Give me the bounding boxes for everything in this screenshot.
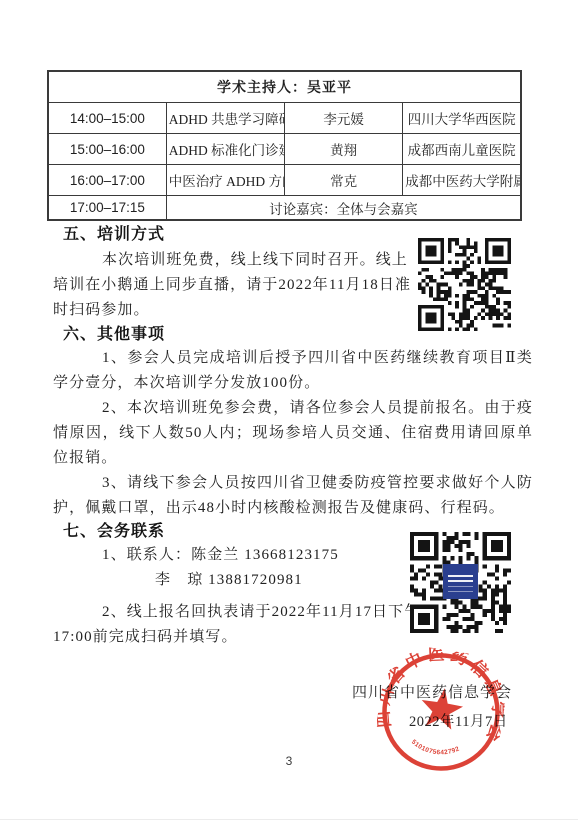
cell-time: 14:00–15:00 xyxy=(48,103,166,134)
section5-body: 本次培训班免费，线上线下同时召开。线上培训在小鹅通上同步直播，请于2022年11… xyxy=(53,248,421,323)
section5-heading: 五、培训方式 xyxy=(63,221,165,244)
section6-paragraphs: 1、参会人员完成培训后授予四川省中医药继续教育项目Ⅱ类学分壹分，本次培训学分发放… xyxy=(53,346,533,521)
cell-time: 17:00–17:15 xyxy=(48,196,166,221)
section6-heading: 六、其他事项 xyxy=(63,321,165,344)
cell-discussion: 讨论嘉宾：全体与会嘉宾 xyxy=(166,196,521,221)
table-host-header: 学术主持人：吴亚平 xyxy=(48,71,521,103)
table-row: 16:00–17:00 中医治疗 ADHD 方向 常克 成都中医药大学附属医院 xyxy=(48,165,521,196)
cell-speaker: 李元媛 xyxy=(285,103,403,134)
table-row: 14:00–15:00 ADHD 共患学习障碍的诊治 李元媛 四川大学华西医院 xyxy=(48,103,521,134)
section5-paragraph: 本次培训班免费，线上线下同时召开。线上培训在小鹅通上同步直播，请于2022年11… xyxy=(53,248,421,323)
cell-org: 四川大学华西医院 xyxy=(403,103,521,134)
section6-item: 2、本次培训班免参会费，请各位参会人员提前报名。由于疫情原因，线下人数50人内；… xyxy=(53,396,533,471)
seal-star-icon xyxy=(418,685,466,731)
registration-deadline-note: 2、线上报名回执表请于2022年11月17日下午17:00前完成扫码并填写。 xyxy=(53,600,425,650)
section7-heading: 七、会务联系 xyxy=(63,518,165,541)
section7-note: 2、线上报名回执表请于2022年11月17日下午17:00前完成扫码并填写。 xyxy=(53,600,425,650)
table-row: 15:00–16:00 ADHD 标准化门诊建设 黄翔 成都西南儿童医院 xyxy=(48,134,521,165)
registration-qr-code-icon xyxy=(410,532,511,633)
table-header-row: 学术主持人：吴亚平 xyxy=(48,71,521,103)
cell-org: 成都西南儿童医院 xyxy=(403,134,521,165)
cell-time: 15:00–16:00 xyxy=(48,134,166,165)
cell-topic: ADHD 共患学习障碍的诊治 xyxy=(166,103,284,134)
document-page: 学术主持人：吴亚平 14:00–15:00 ADHD 共患学习障碍的诊治 李元媛… xyxy=(0,0,578,820)
livestream-qr-code-icon xyxy=(418,238,511,331)
schedule-table: 学术主持人：吴亚平 14:00–15:00 ADHD 共患学习障碍的诊治 李元媛… xyxy=(47,70,522,221)
cell-topic: 中医治疗 ADHD 方向 xyxy=(166,165,284,196)
qr-center-poster xyxy=(443,564,478,599)
table-row-discussion: 17:00–17:15 讨论嘉宾：全体与会嘉宾 xyxy=(48,196,521,221)
section6-item: 1、参会人员完成培训后授予四川省中医药继续教育项目Ⅱ类学分壹分，本次培训学分发放… xyxy=(53,346,533,396)
section6-item: 3、请线下参会人员按四川省卫健委防疫管控要求做好个人防护，佩戴口罩，出示48小时… xyxy=(53,471,533,521)
cell-org: 成都中医药大学附属医院 xyxy=(403,165,521,196)
cell-speaker: 常克 xyxy=(285,165,403,196)
cell-time: 16:00–17:00 xyxy=(48,165,166,196)
cell-topic: ADHD 标准化门诊建设 xyxy=(166,134,284,165)
page-number: 3 xyxy=(0,754,578,768)
cell-speaker: 黄翔 xyxy=(285,134,403,165)
